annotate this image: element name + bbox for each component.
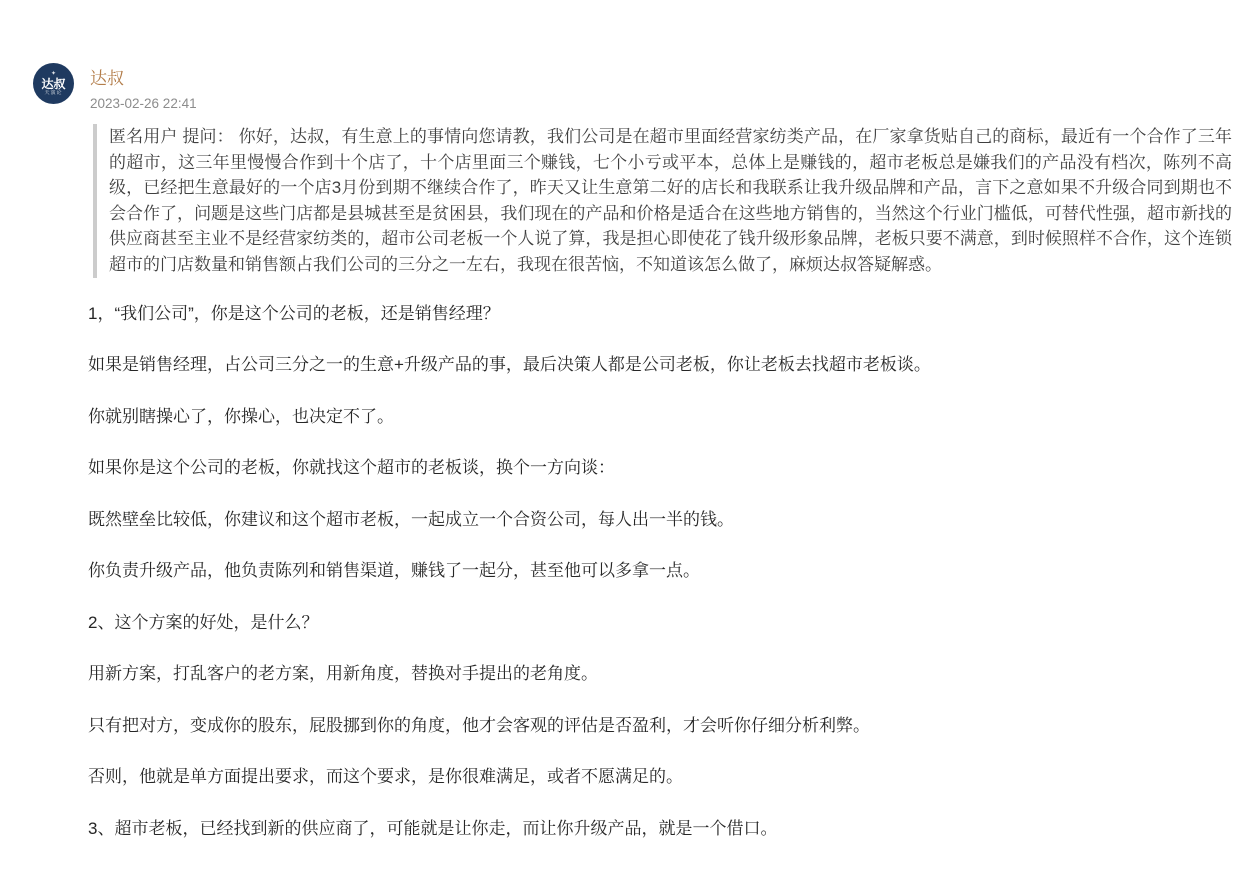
article-post: ✦ 达叔 天演论 达叔 2023-02-26 22:41 匿名用户 提问： 你好…	[0, 0, 1247, 841]
answer-paragraph: 1，“我们公司”，你是这个公司的老板，还是销售经理？	[88, 301, 1232, 326]
post-body: 匿名用户 提问： 你好，达叔，有生意上的事情向您请教，我们公司是在超市里面经营家…	[33, 124, 1232, 841]
answer-paragraph: 只有把对方，变成你的股东，屁股挪到你的角度，他才会客观的评估是否盈利，才会听你仔…	[88, 713, 1232, 738]
answer-paragraph: 3、超市老板，已经找到新的供应商了，可能就是让你走，而让你升级产品，就是一个借口…	[88, 816, 1232, 841]
answer-paragraph: 用新方案，打乱客户的老方案，用新角度，替换对手提出的老角度。	[88, 661, 1232, 686]
answer-paragraph: 如果你是这个公司的老板，你就找这个超市的老板谈，换个一方向谈：	[88, 455, 1232, 480]
answer-paragraph: 2、这个方案的好处，是什么？	[88, 610, 1232, 635]
answer-paragraph: 你就别瞎操心了，你操心，也决定不了。	[88, 404, 1232, 429]
avatar-text: 达叔	[41, 78, 65, 90]
answer-body: 1，“我们公司”，你是这个公司的老板，还是销售经理？ 如果是销售经理，占公司三分…	[88, 301, 1232, 841]
answer-paragraph: 否则，他就是单方面提出要求，而这个要求，是你很难满足，或者不愿满足的。	[88, 764, 1232, 789]
post-header: ✦ 达叔 天演论 达叔 2023-02-26 22:41	[33, 63, 1232, 111]
avatar[interactable]: ✦ 达叔 天演论	[33, 63, 74, 104]
question-quote: 匿名用户 提问： 你好，达叔，有生意上的事情向您请教，我们公司是在超市里面经营家…	[93, 124, 1232, 278]
answer-paragraph: 既然壁垒比较低，你建议和这个超市老板，一起成立一个合资公司，每人出一半的钱。	[88, 507, 1232, 532]
post-date: 2023-02-26 22:41	[90, 96, 197, 111]
answer-paragraph: 如果是销售经理，占公司三分之一的生意+升级产品的事，最后决策人都是公司老板，你让…	[88, 352, 1232, 377]
avatar-emblem-icon: ✦	[51, 71, 56, 77]
question-text: 匿名用户 提问： 你好，达叔，有生意上的事情向您请教，我们公司是在超市里面经营家…	[109, 124, 1232, 278]
avatar-subtext: 天演论	[44, 91, 62, 96]
answer-paragraph: 你负责升级产品，他负责陈列和销售渠道，赚钱了一起分，甚至他可以多拿一点。	[88, 558, 1232, 583]
header-meta: 达叔 2023-02-26 22:41	[90, 63, 197, 111]
author-name[interactable]: 达叔	[90, 64, 197, 89]
